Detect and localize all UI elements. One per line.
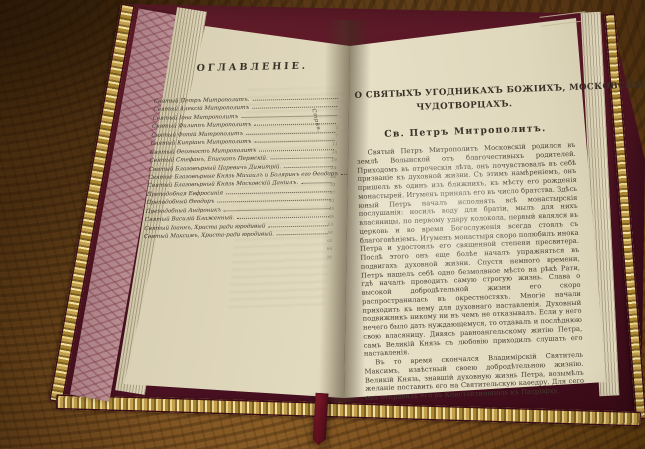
toc-leader-dots	[241, 115, 336, 118]
toc-entry-label: Преподобный Ѳеодоръ	[146, 199, 215, 206]
toc-entry-label: Святый Максимъ, Христа-ради юродивый.	[143, 231, 274, 240]
toc-entry-label: Святый Ѳеогностъ Митрополитъ	[150, 147, 257, 155]
toc-leader-dots	[284, 166, 333, 168]
toc-entry-label: Святый Василій Блаженный.	[145, 215, 235, 223]
toc-leader-dots	[246, 132, 335, 135]
body-paragraph-1: Святый Петръ Митрополитъ Московскій роди…	[356, 141, 583, 359]
toc-leader-dots	[237, 216, 329, 219]
toc-heading: ОГЛАВЛЕНІЕ.	[162, 60, 343, 75]
toc-entry-label: Святый Алексій Митрополитъ	[153, 105, 249, 113]
toc-entry-label: Святый Филиппъ Митрополитъ	[152, 122, 252, 130]
toc-leader-dots	[341, 174, 347, 175]
body-paragraph-2: Въ то время скончался Владимірскій Святи…	[364, 351, 584, 403]
toc-entry-label: Святый Іоаннъ, Христа ради юродивый	[144, 223, 265, 232]
toc-list: Святый Петръ Митрополитъ. Святый Алексій…	[143, 95, 340, 243]
chapter-text-column: О СВЯТЫХЪ УГОДНИКАХЪ БОЖІИХЪ, МОСКОВСКИХ…	[352, 20, 585, 403]
toc-entry-label: Преподобная Евфросинія	[147, 190, 224, 198]
toc-entry-label: Святый Кипріанъ Митрополитъ	[150, 139, 251, 147]
section-heading: Св. Петръ Митрополитъ.	[356, 122, 575, 141]
toc-leader-dots	[254, 140, 334, 143]
toc-entry-label: Святый Петръ Митрополитъ.	[154, 97, 250, 105]
toc-leader-dots	[254, 123, 336, 126]
toc-leader-dots	[277, 233, 328, 235]
toc-entry-label: Святый Фотій Митрополитъ	[151, 131, 243, 139]
toc-leader-dots	[217, 199, 330, 202]
toc-leader-dots	[271, 157, 334, 159]
toc-leader-dots	[252, 106, 337, 109]
toc-entry-label: Святый Стефанъ, Епископъ Пермскій.	[149, 156, 268, 164]
book-photo: ОГЛАВЛЕНІЕ. Святый Петръ Митрополитъ. Св…	[0, 0, 645, 449]
toc-leader-dots	[224, 208, 330, 211]
toc-leader-dots	[226, 191, 331, 194]
chapter-heading: О СВЯТЫХЪ УГОДНИКАХЪ БОЖІИХЪ, МОСКОВСКИХ…	[354, 82, 574, 117]
toc-leader-dots	[268, 225, 328, 227]
toc-leader-dots	[252, 98, 337, 101]
toc-leader-dots	[259, 149, 334, 152]
toc-entry-label: Преподобный Андроникъ	[145, 207, 221, 215]
toc-entry-label: Святый Іона Митрополитъ	[152, 114, 238, 122]
table-of-contents: ОГЛАВЛЕНІЕ. Святый Петръ Митрополитъ. Св…	[143, 60, 342, 243]
